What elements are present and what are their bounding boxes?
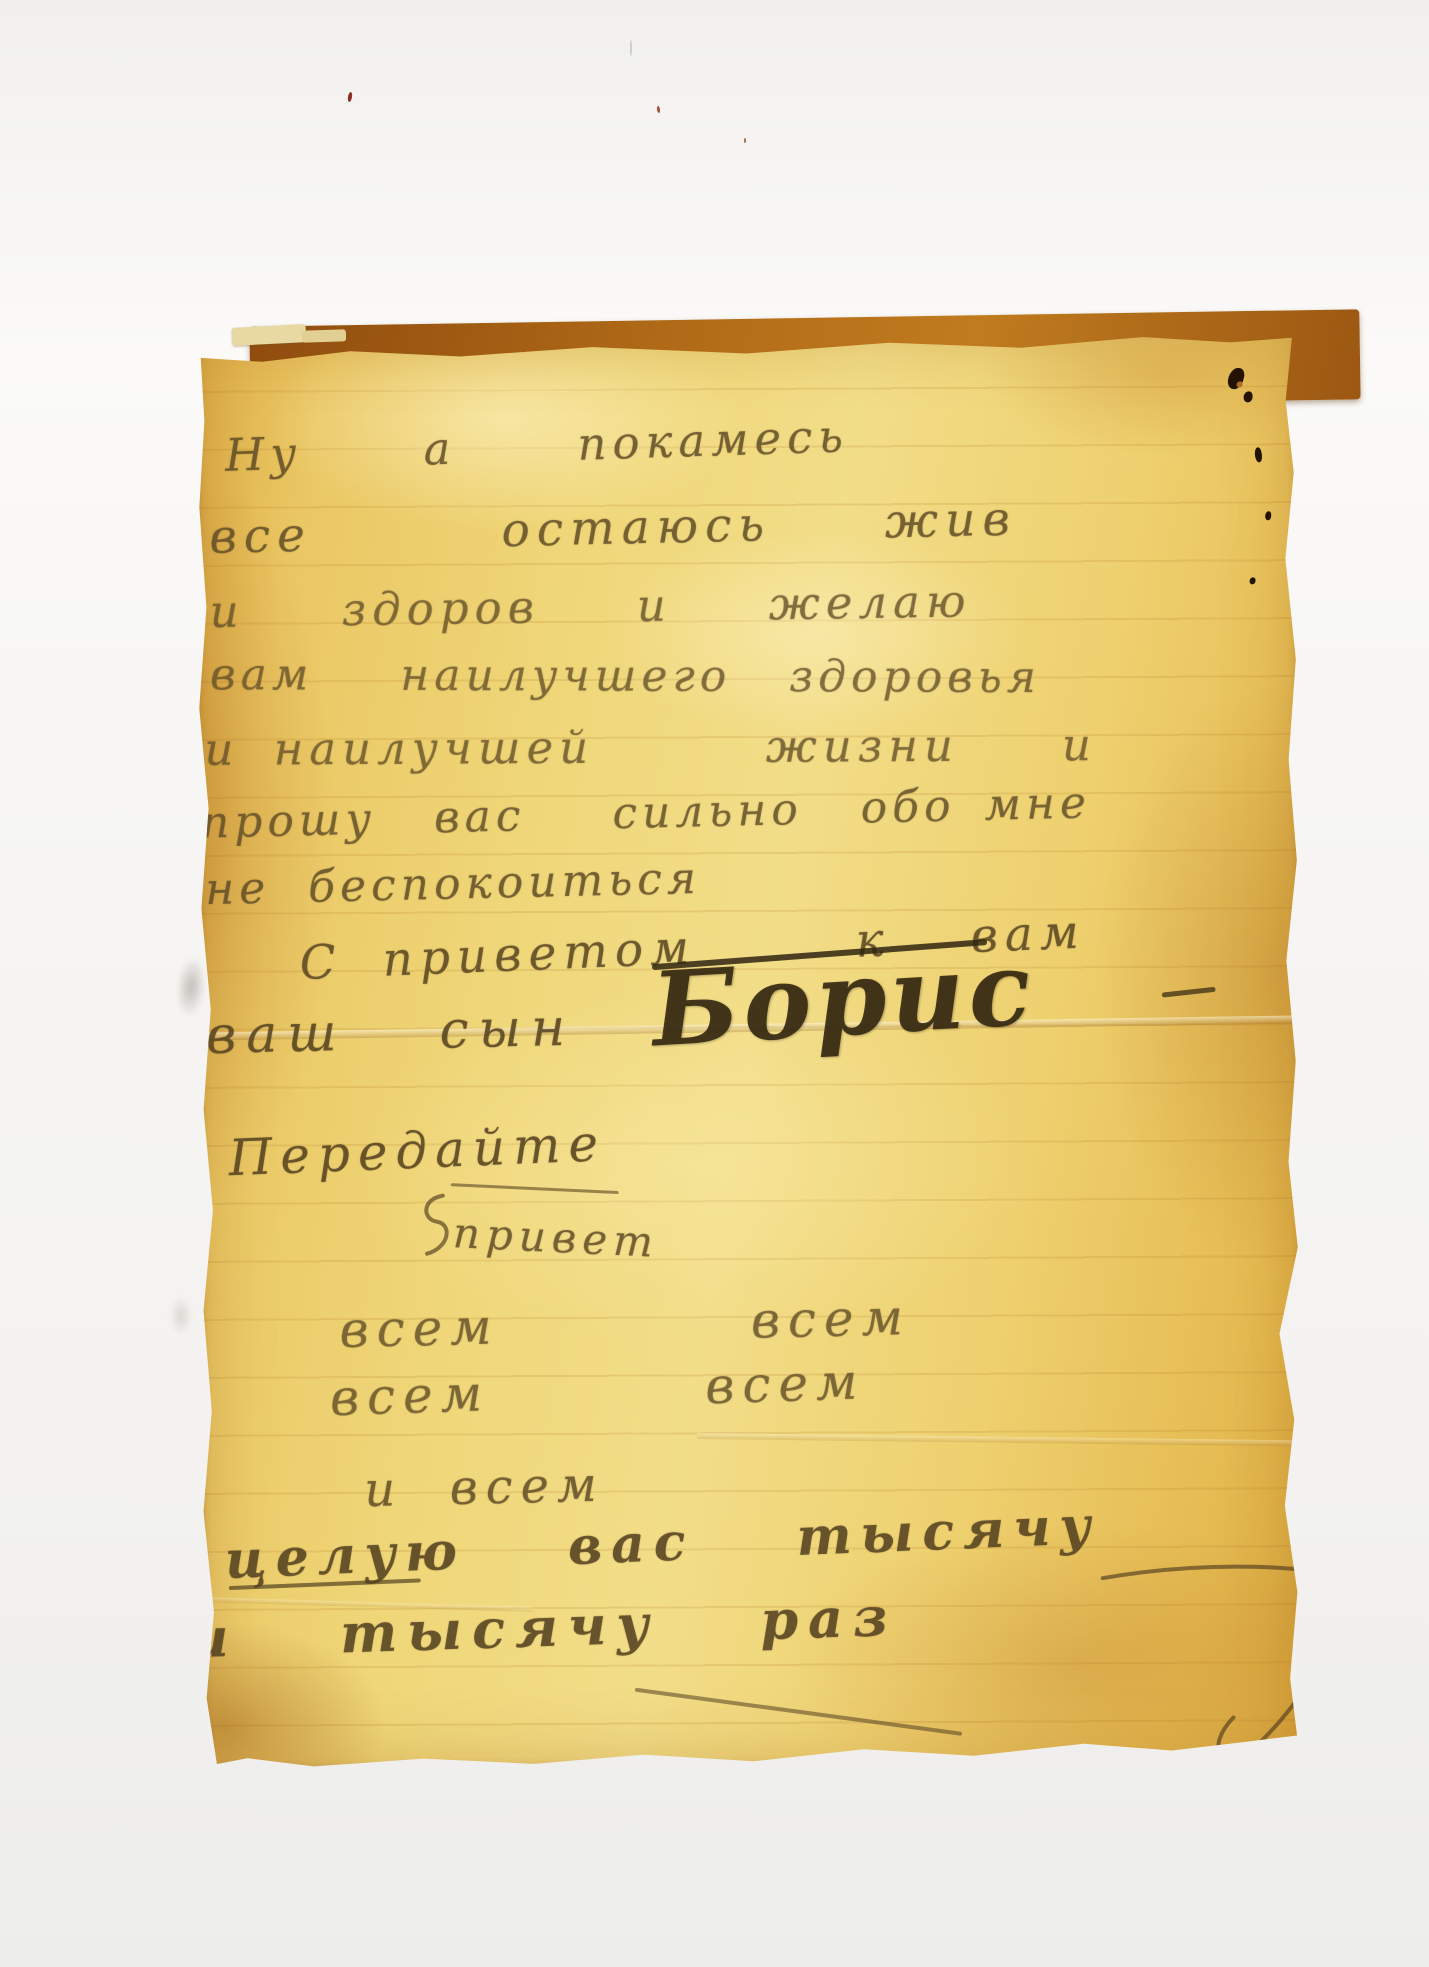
pen-flourish-tail xyxy=(1083,1546,1424,1778)
postscript-line-5: и всем xyxy=(364,1457,606,1518)
letter-line-4: вам наилучшего здоровья xyxy=(210,649,1041,703)
closing-line-2: и тысячу раз xyxy=(188,1584,898,1670)
pen-cross-stroke xyxy=(635,1688,963,1736)
ink-blot xyxy=(1226,366,1246,391)
pen-flourish xyxy=(413,1190,457,1260)
signature-dash-stroke xyxy=(1162,987,1216,998)
letter-line-7: не беспокоиться xyxy=(205,853,702,915)
ink-blot xyxy=(1237,381,1243,387)
letter-line-1: Ну а покамесь xyxy=(224,409,849,482)
letter-line-3: и здоров и желаю xyxy=(209,575,972,639)
postscript-line-3: всем всем xyxy=(339,1288,912,1359)
pencil-smudge xyxy=(170,1296,192,1336)
scan-background: Ну а покамесь все остаюсь жив и здоров и… xyxy=(0,0,1429,1967)
postscript-line-4: всем всем xyxy=(329,1352,866,1427)
postscript-line-2: привет xyxy=(452,1208,660,1267)
ink-blot xyxy=(1265,511,1271,520)
postscript-line-1: Передайте xyxy=(228,1114,608,1187)
underline-stroke xyxy=(451,1183,619,1194)
paper-speck xyxy=(744,138,746,143)
closing-line-1: целую вас тысячу xyxy=(224,1495,1101,1591)
ink-blot xyxy=(1250,577,1256,584)
letter-line-signature-prefix: ваш сын xyxy=(205,998,576,1066)
paper-tab-fragment xyxy=(302,329,346,343)
letter-line-2: все остаюсь жив xyxy=(209,492,1018,565)
letter-line-6: прошу вас сильно обо мне xyxy=(200,777,1091,848)
fold-crease xyxy=(697,1433,1302,1446)
ink-blot xyxy=(1244,391,1253,402)
scanner-streak xyxy=(630,40,632,56)
pencil-smudge xyxy=(173,955,209,1020)
letter-line-5: и наилучшей жизни и xyxy=(204,718,1097,776)
paper-speck xyxy=(657,106,661,113)
paper-speck xyxy=(347,92,353,103)
ink-blot xyxy=(1254,447,1264,463)
letter-page: Ну а покамесь все остаюсь жив и здоров и… xyxy=(196,329,1303,1770)
